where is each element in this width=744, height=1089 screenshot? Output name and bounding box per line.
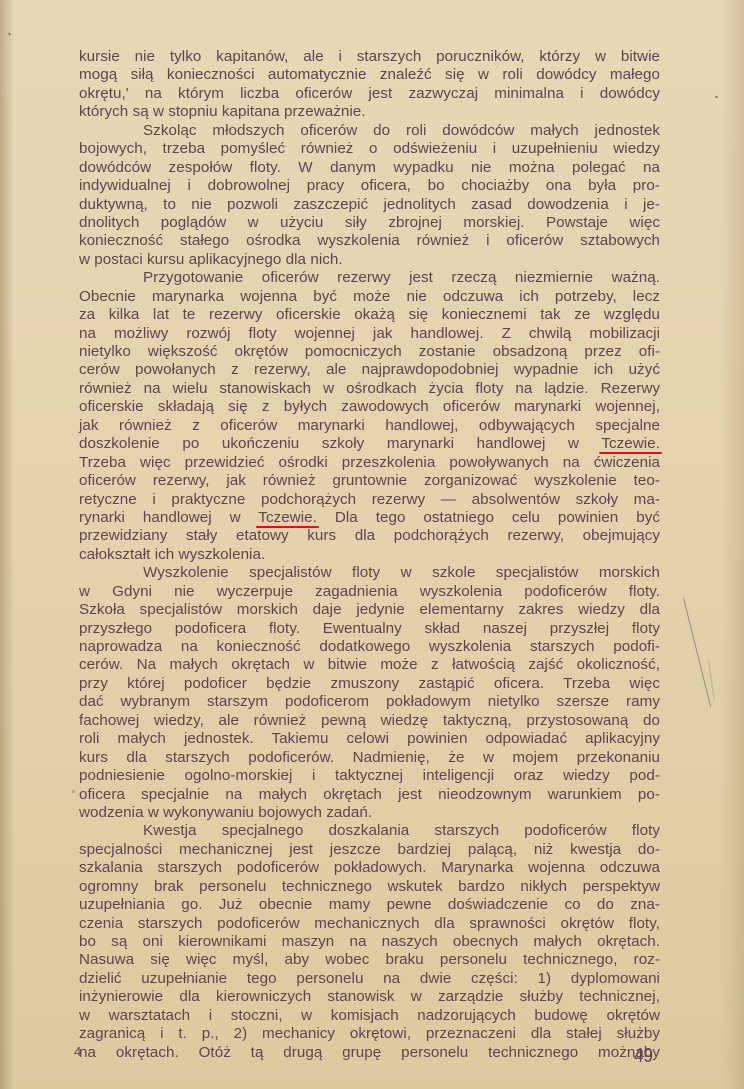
text-line: na okrętach. Otóż tą drugą grupę persone… — [79, 1044, 660, 1062]
text-line: nietylko większość okrętów pomocniczych … — [79, 343, 660, 361]
text-line: przyszłego podoficera floty. Ewentualny … — [79, 620, 660, 638]
paragraph: Przygotowanie oficerów rezerwy jest rzec… — [79, 269, 660, 564]
text-line: cerów. Na małych okrętach w bitwie może … — [79, 656, 660, 674]
text-line: w warsztatach i stoczni, w komisjach nad… — [79, 1007, 660, 1025]
red-underline-annotation: Tczewie. — [601, 435, 660, 452]
text-line: Wyszkolenie specjalistów floty w szkole … — [79, 564, 660, 582]
page-number: 49 — [634, 1045, 653, 1068]
text-line: których są w stopniu kapitana przeważnie… — [79, 103, 660, 121]
text-line: Obecnie marynarka wojenna być może nie o… — [79, 288, 660, 306]
text-line: szkalania starszych podoficerów pokładow… — [79, 859, 660, 877]
paragraph: Szkoląc młodszych oficerów do roli dowód… — [79, 122, 660, 270]
text-line: Szkoła specjalistów morskich daje jedyni… — [79, 601, 660, 619]
text-line: inżynierowie dla kierowniczych stanowisk… — [79, 988, 660, 1006]
text-line: jak również z oficerów marynarki handlow… — [79, 417, 660, 435]
paragraph: Kwestja specjalnego doszkalania starszyc… — [79, 822, 660, 1062]
text-line: wodzenia w wykonywaniu bojowych zadań. — [79, 804, 660, 822]
text-line: podniesienie ogolno-morskiej i taktyczne… — [79, 767, 660, 785]
text-line: Nasuwa się więc myśl, aby wobec braku pe… — [79, 951, 660, 969]
text-line: oficerów rezerwy, jak również gruntownie… — [79, 472, 660, 490]
text-line: Kwestja specjalnego doszkalania starszyc… — [79, 822, 660, 840]
text-line: Szkoląc młodszych oficerów do roli dowód… — [79, 122, 660, 140]
text-line: dowódców zespołów floty. W danym wypadku… — [79, 159, 660, 177]
margin-pencil-stroke — [683, 598, 711, 707]
text-line: na możliwy rozwój floty wojennej jak han… — [79, 325, 660, 343]
text-line: dzielić uzupełnianie tego personelu na d… — [79, 970, 660, 988]
text-line: konieczność stałego ośrodka wyszkolenia … — [79, 232, 660, 250]
text-line: cerów powołanych z rezerwy, ale najprawd… — [79, 361, 660, 379]
text-line: dać wybranym starszym podoficerom pokład… — [79, 693, 660, 711]
text-line: dnolitych poglądów w użyciu siły zbrojne… — [79, 214, 660, 232]
text-line: rynarki handlowej w Tczewie. Dla tego os… — [79, 509, 660, 527]
text-line: fachowej wiedzy, ale również pewną wiedz… — [79, 712, 660, 730]
body-text: kursie nie tylko kapitanów, ale i starsz… — [79, 48, 660, 1062]
text-line: retyczne i praktyczne podchorążych rezer… — [79, 491, 660, 509]
text-line: naprowadza na konieczność dodatkowego wy… — [79, 638, 660, 656]
paper-speck — [8, 32, 12, 35]
text-line: bojowych, trzeba pomyśleć również o odśw… — [79, 140, 660, 158]
text-line: Przygotowanie oficerów rezerwy jest rzec… — [79, 269, 660, 287]
text-line: przy której podoficer będzie zmuszony za… — [79, 675, 660, 693]
text-line: Trzeba więc przewidzieć ośrodki przeszko… — [79, 454, 660, 472]
text-line: w postaci kursu aplikacyjnego dla nich. — [79, 251, 660, 269]
text-line: w Gdyni nie wyczerpuje zagadnienia wyszk… — [79, 583, 660, 601]
text-line: specjalności mechanicznej jest jeszcze b… — [79, 841, 660, 859]
red-underline-annotation: Tczewie. — [258, 509, 317, 526]
paragraph: kursie nie tylko kapitanów, ale i starsz… — [79, 48, 660, 122]
text-line: indywidualnej i dobrowolnej pracy oficer… — [79, 177, 660, 195]
signature-mark: 4 — [74, 1044, 81, 1059]
text-line: doszkolenie po ukończeniu szkoły marynar… — [79, 435, 660, 453]
text-line: kurs dla starszych podoficerów. Nadmieni… — [79, 749, 660, 767]
text-line: mogą siłą konieczności automatycznie zna… — [79, 66, 660, 84]
text-line: kursie nie tylko kapitanów, ale i starsz… — [79, 48, 660, 66]
text-line: przewidziany stały etatowy kurs dla podc… — [79, 527, 660, 545]
paper-speck — [715, 96, 718, 98]
scanned-page: kursie nie tylko kapitanów, ale i starsz… — [0, 0, 744, 1089]
text-line: również na wielu stanowiskach w ośrodkac… — [79, 380, 660, 398]
text-line: czenia starszych podoficerów mechaniczny… — [79, 915, 660, 933]
text-line: uzupełniania go. Już obecnie mamy pewne … — [79, 896, 660, 914]
text-line: zagranicą i t. p., 2) mechanicy okrętowi… — [79, 1025, 660, 1043]
paragraph: Wyszkolenie specjalistów floty w szkole … — [79, 564, 660, 822]
text-line: duktywną, to nie pozwoli zaszczepić jedn… — [79, 196, 660, 214]
text-line: ogromny brak personelu technicznego wsku… — [79, 878, 660, 896]
text-line: za kilka lat te rezerwy oficerskie okażą… — [79, 306, 660, 324]
text-line: roli małych jednostek. Takiemu celowi po… — [79, 730, 660, 748]
margin-pencil-stroke — [708, 660, 715, 700]
text-line: oficerskie składają się z byłych zawodow… — [79, 398, 660, 416]
text-line: całokształt ich wyszkolenia. — [79, 546, 660, 564]
text-line: bo są oni kierownikami maszyn na naszych… — [79, 933, 660, 951]
paper-speck — [72, 790, 75, 793]
text-line: okrętu,' na którym liczba oficerów jest … — [79, 85, 660, 103]
text-line: oficera specjalnie na małych okrętach je… — [79, 786, 660, 804]
